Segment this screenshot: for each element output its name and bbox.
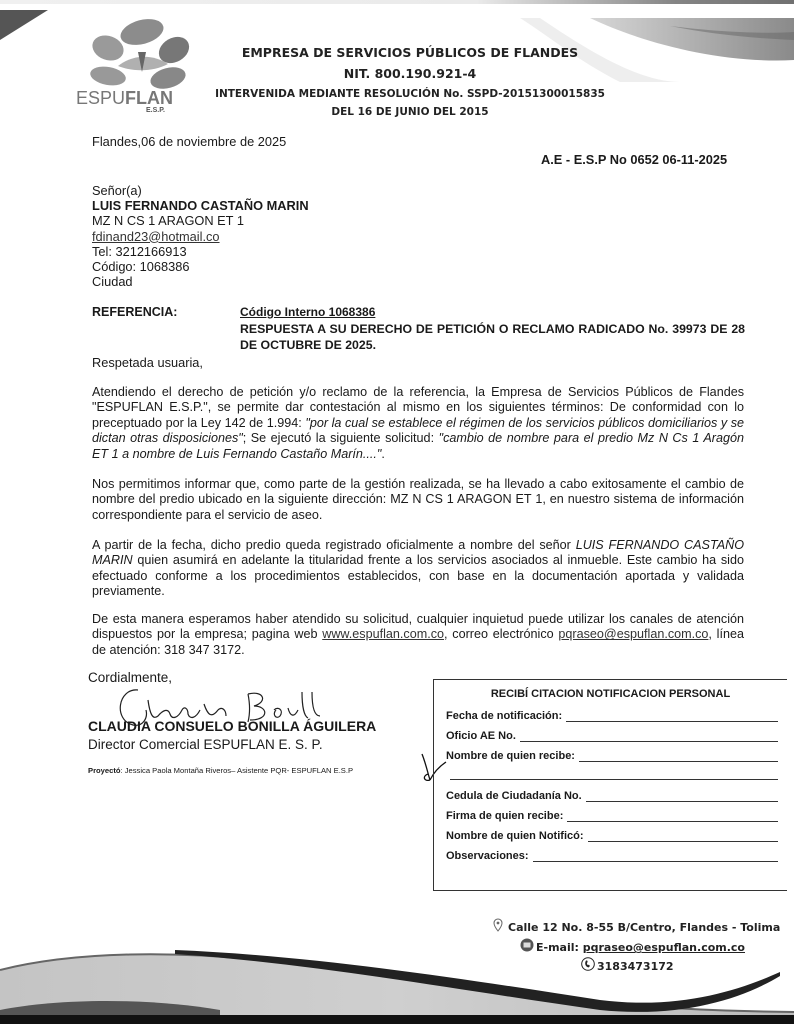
phone-icon	[581, 957, 595, 971]
footer-wave-decoration	[0, 900, 794, 1024]
place-date: Flandes,06 de noviembre de 2025	[92, 134, 286, 149]
body-paragraph-1: Atendiendo el derecho de petición y/o re…	[92, 385, 744, 462]
footer-email-link[interactable]: pqraseo@espuflan.com.co	[583, 941, 745, 954]
reference-label: REFERENCIA:	[92, 305, 177, 319]
receiver-name-continuation-field[interactable]	[446, 768, 778, 780]
body-paragraph-3: A partir de la fecha, dicho predio queda…	[92, 538, 744, 600]
greeting: Respetada usuaria,	[92, 355, 203, 370]
logo-wordmark: ESPUFLAN	[76, 88, 173, 109]
top-edge-decoration	[0, 0, 794, 4]
body-paragraph-4: De esta manera esperamos haber atendido …	[92, 612, 744, 658]
company-nit: NIT. 800.190.921-4	[200, 66, 620, 81]
footer-address: Calle 12 No. 8-55 B/Centro, Flandes - To…	[508, 921, 780, 934]
website-link[interactable]: www.espuflan.com.co	[322, 627, 444, 641]
mail-icon	[520, 938, 534, 952]
footer-phone: 3183473172	[597, 960, 674, 973]
intervention-resolution: INTERVENIDA MEDIANTE RESOLUCIÓN No. SSPD…	[180, 88, 640, 100]
recipient-address: MZ N CS 1 ARAGON ET 1	[92, 213, 309, 228]
body-paragraph-2: Nos permitimos informar que, como parte …	[92, 477, 744, 523]
recipient-email-link[interactable]: fdinand23@hotmail.co	[92, 229, 309, 244]
email-link[interactable]: pqraseo@espuflan.com.co	[558, 627, 708, 641]
notifier-name-field[interactable]: Nombre de quien Notificó:	[446, 830, 778, 842]
reference-internal-code: Código Interno 1068386	[240, 305, 375, 319]
recipient-phone: Tel: 3212166913	[92, 244, 309, 259]
recipient-name: LUIS FERNANDO CASTAÑO MARIN	[92, 198, 309, 213]
reference-subject: RESPUESTA A SU DERECHO DE PETICIÓN O REC…	[240, 321, 745, 353]
company-name: EMPRESA DE SERVICIOS PÚBLICOS DE FLANDES	[200, 45, 620, 60]
document-reference-number: A.E - E.S.P No 0652 06-11-2025	[541, 152, 727, 167]
footer-email: E-mail: pqraseo@espuflan.com.co	[536, 941, 745, 954]
receiver-signature-field[interactable]: Firma de quien recibe:	[446, 810, 778, 822]
signer-name: CLAUDIA CONSUELO BONILLA ÁGUILERA	[88, 718, 376, 734]
logo-subtitle: E.S.P.	[146, 107, 165, 114]
recipient-title: Señor(a)	[92, 183, 309, 198]
office-ae-number-field[interactable]: Oficio AE No.	[446, 730, 778, 742]
receiver-name-field[interactable]: Nombre de quien recibe:	[446, 750, 778, 762]
observations-field[interactable]: Observaciones:	[446, 850, 778, 862]
recipient-block: Señor(a) LUIS FERNANDO CASTAÑO MARIN MZ …	[92, 183, 309, 289]
personal-notification-receipt-form: RECIBÍ CITACION NOTIFICACION PERSONAL Fe…	[433, 679, 787, 891]
signer-title: Director Comercial ESPUFLAN E. S. P.	[88, 737, 323, 752]
location-pin-icon	[493, 918, 503, 932]
recipient-city: Ciudad	[92, 274, 309, 289]
intervention-date: DEL 16 DE JUNIO DEL 2015	[200, 106, 620, 118]
receipt-title: RECIBÍ CITACION NOTIFICACION PERSONAL	[434, 688, 787, 700]
projected-by: Proyectó: Jessica Paola Montaña Riveros–…	[88, 766, 353, 775]
citizen-id-field[interactable]: Cedula de Ciudadanía No.	[446, 790, 778, 802]
corner-decoration	[0, 10, 48, 40]
recipient-code: Código: 1068386	[92, 259, 309, 274]
notification-date-field[interactable]: Fecha de notificación:	[446, 710, 778, 722]
